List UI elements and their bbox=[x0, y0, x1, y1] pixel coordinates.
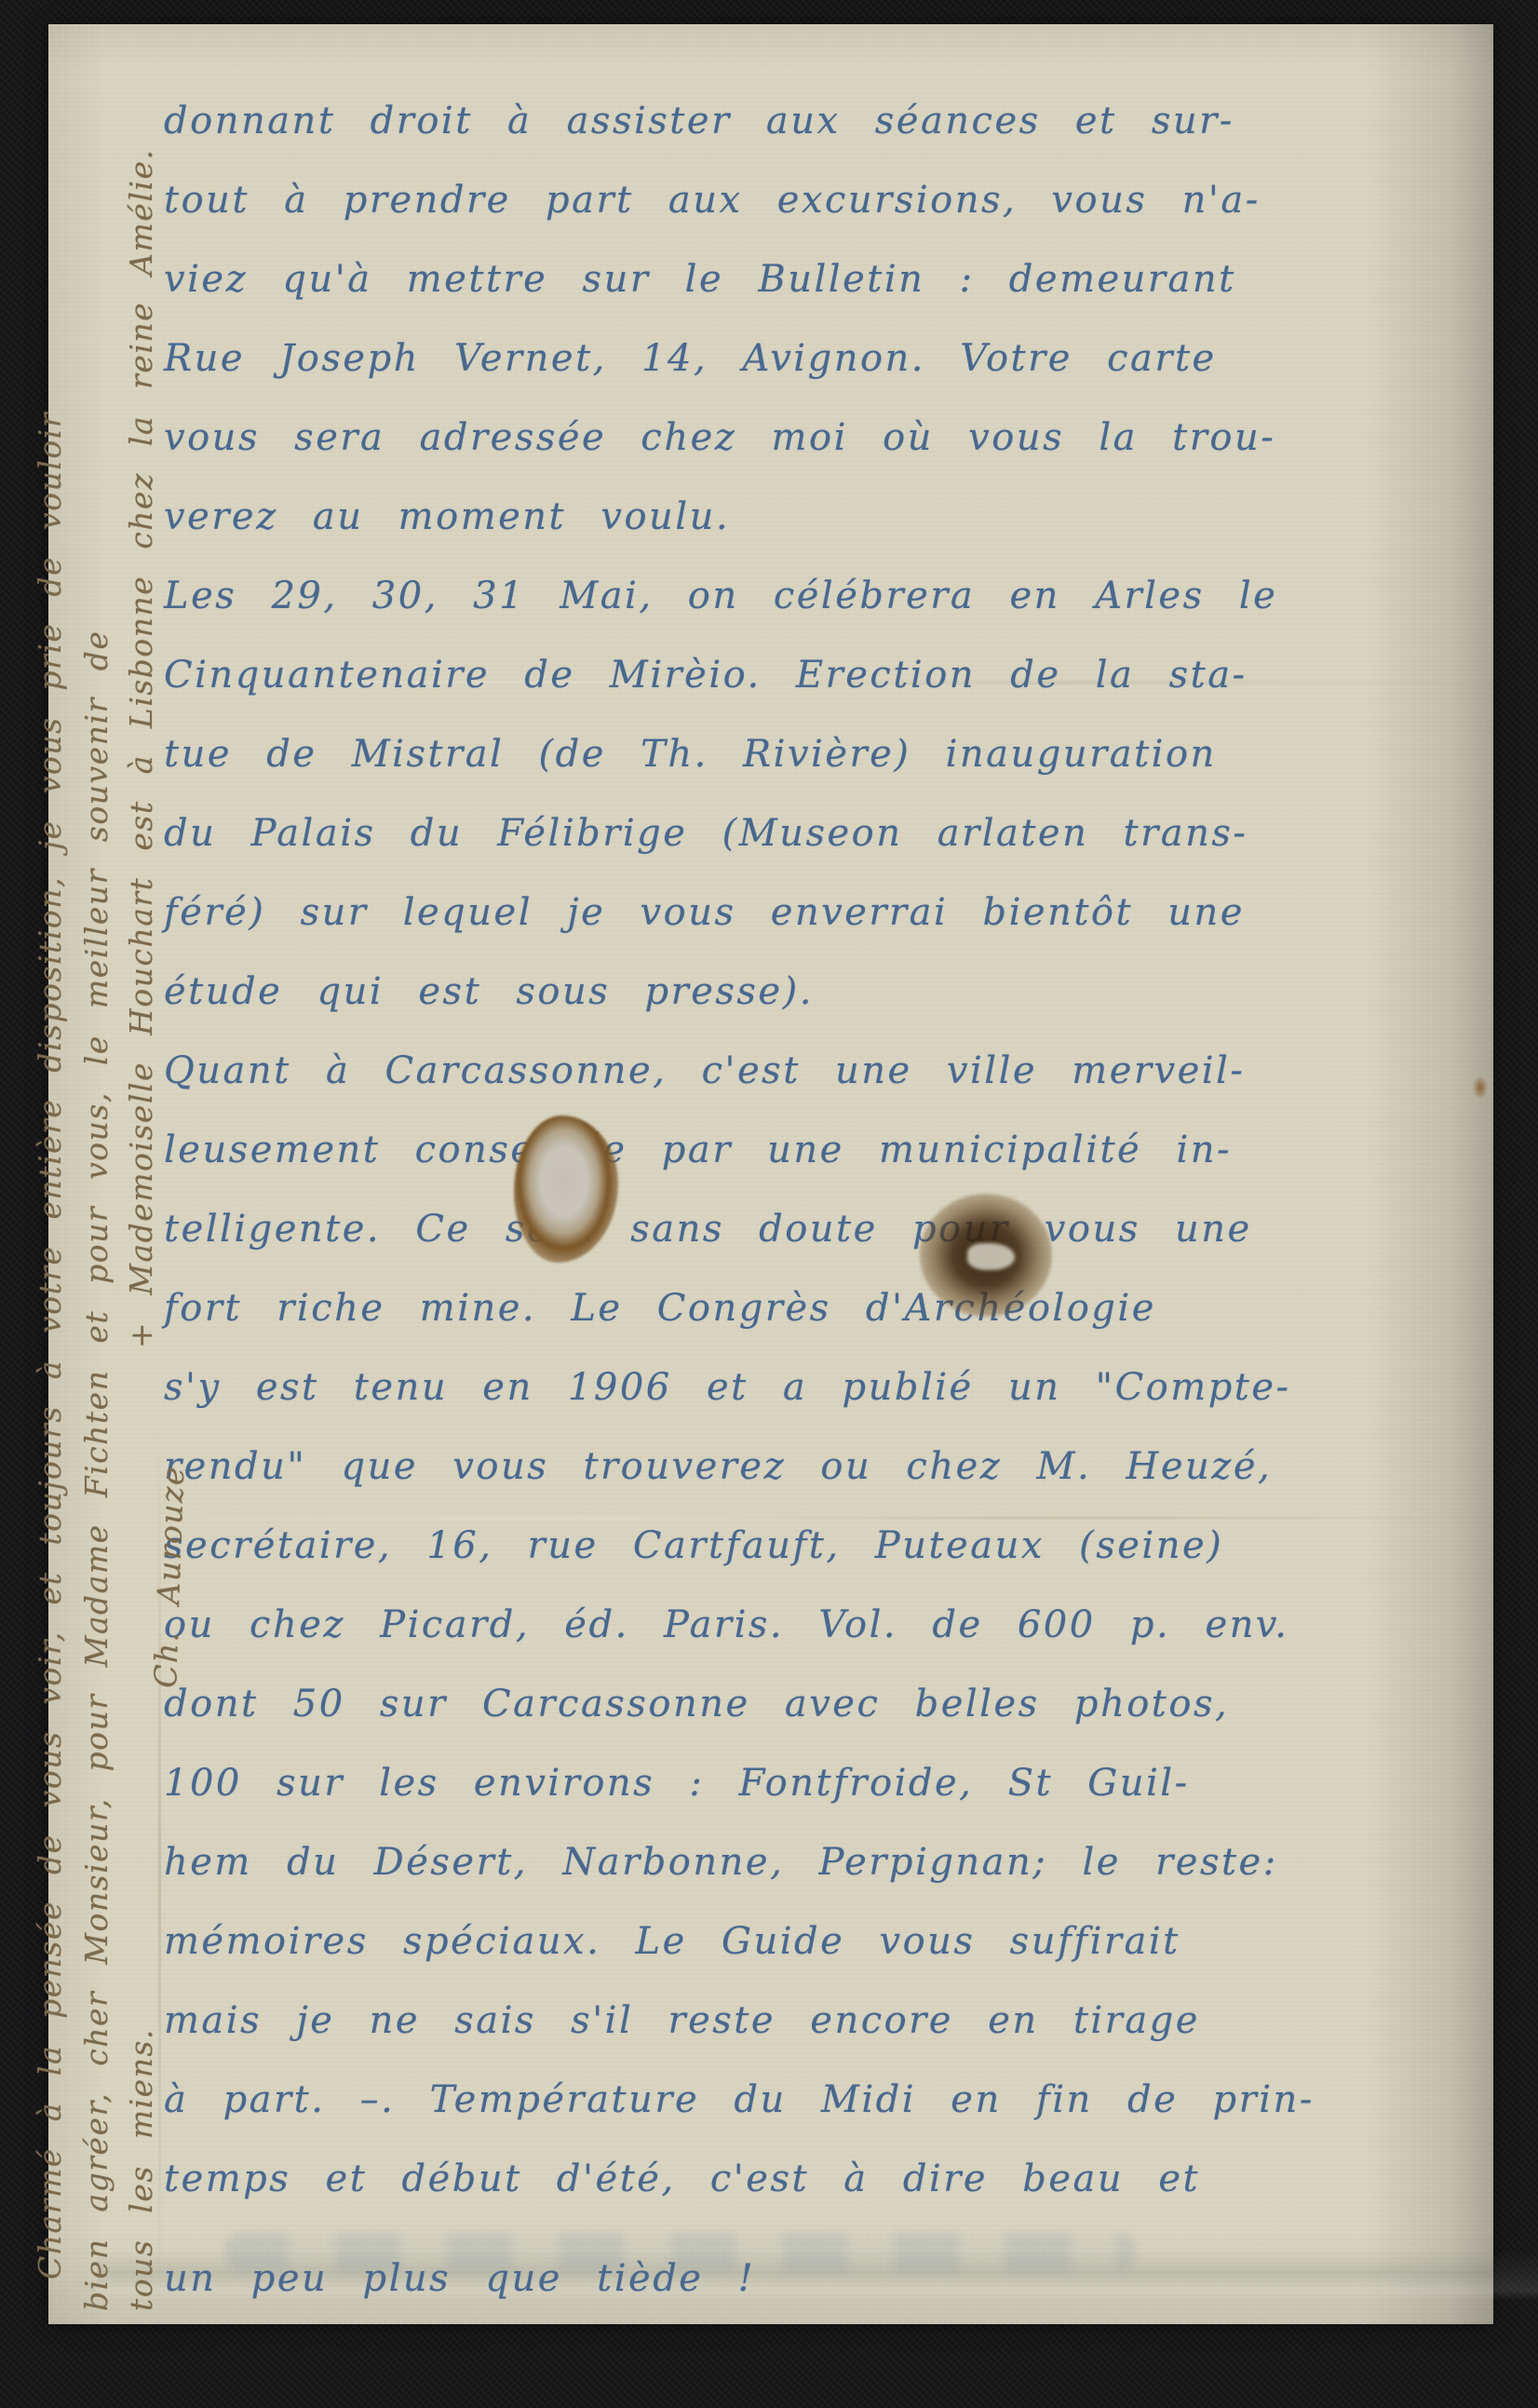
letter-line: féré) sur lequel je vous enverrai bientô… bbox=[164, 873, 1467, 953]
letter-line: verez au moment voulu. bbox=[164, 478, 1467, 557]
ink-stain-blemish bbox=[920, 1194, 1052, 1317]
letter-line: tue de Mistral (de Th. Rivière) inaugura… bbox=[164, 715, 1467, 794]
letter-line: leusement conservée par une municipalité… bbox=[164, 1111, 1467, 1190]
letter-line: Quant à Carcassonne, c'est une ville mer… bbox=[164, 1032, 1467, 1111]
letter-line: s'y est tenu en 1906 et a publié un "Com… bbox=[164, 1348, 1467, 1427]
letter-line: viez qu'à mettre sur le Bulletin : demeu… bbox=[164, 240, 1467, 319]
letter-line: Rue Joseph Vernet, 14, Avignon. Votre ca… bbox=[164, 319, 1467, 399]
letter-line: telligente. Ce sera sans doute pour vous… bbox=[164, 1190, 1467, 1269]
letter-line: mais je ne sais s'il reste encore en tir… bbox=[164, 1982, 1467, 2061]
letter-line: donnant droit à assister aux séances et … bbox=[164, 82, 1467, 161]
letter-line: tout à prendre part aux excursions, vous… bbox=[164, 161, 1467, 240]
margin-note-postscript: + Mademoiselle Houchart est à Lisbonne c… bbox=[123, 59, 159, 1348]
letter-line: vous sera adressée chez moi où vous la t… bbox=[164, 399, 1467, 478]
letter-line: fort riche mine. Le Congrès d'Archéologi… bbox=[164, 1269, 1467, 1348]
letter-line: Les 29, 30, 31 Mai, on célébrera en Arle… bbox=[164, 557, 1467, 636]
letter-line: dont 50 sur Carcassonne avec belles phot… bbox=[164, 1665, 1467, 1744]
letter-line: Cinquantenaire de Mirèio. Erection de la… bbox=[164, 636, 1467, 715]
letter-line: secrétaire, 16, rue Cartfauft, Puteaux (… bbox=[164, 1507, 1467, 1586]
letter-line: hem du Désert, Narbonne, Perpignan; le r… bbox=[164, 1823, 1467, 1902]
letter-line: à part. –. Température du Midi en fin de… bbox=[164, 2061, 1467, 2140]
letter-line: ou chez Picard, éd. Paris. Vol. de 600 p… bbox=[164, 1586, 1467, 1665]
letter-line: 100 sur les environs : Fontfroide, St Gu… bbox=[164, 1744, 1467, 1823]
letter-body-text: donnant droit à assister aux séances et … bbox=[164, 82, 1467, 2319]
letter-line: temps et début d'été, c'est à dire beau … bbox=[164, 2140, 1467, 2219]
letter-line: mémoires spéciaux. Le Guide vous suffira… bbox=[164, 1902, 1467, 1982]
margin-note-line: Charmé à la pensée de vous voir, et touj… bbox=[32, 73, 68, 2279]
letter-line: étude qui est sous presse). bbox=[164, 953, 1467, 1032]
margin-note-line: bien agréer, cher Monsieur, pour Madame … bbox=[78, 207, 115, 2311]
letter-line: un peu plus que tiède ! bbox=[164, 2239, 1467, 2319]
margin-note-line: tous les miens. bbox=[123, 1929, 159, 2311]
letter-line: rendu" que vous trouverez ou chez M. Heu… bbox=[164, 1427, 1467, 1507]
letter-line: du Palais du Félibrige (Museon arlaten t… bbox=[164, 794, 1467, 873]
